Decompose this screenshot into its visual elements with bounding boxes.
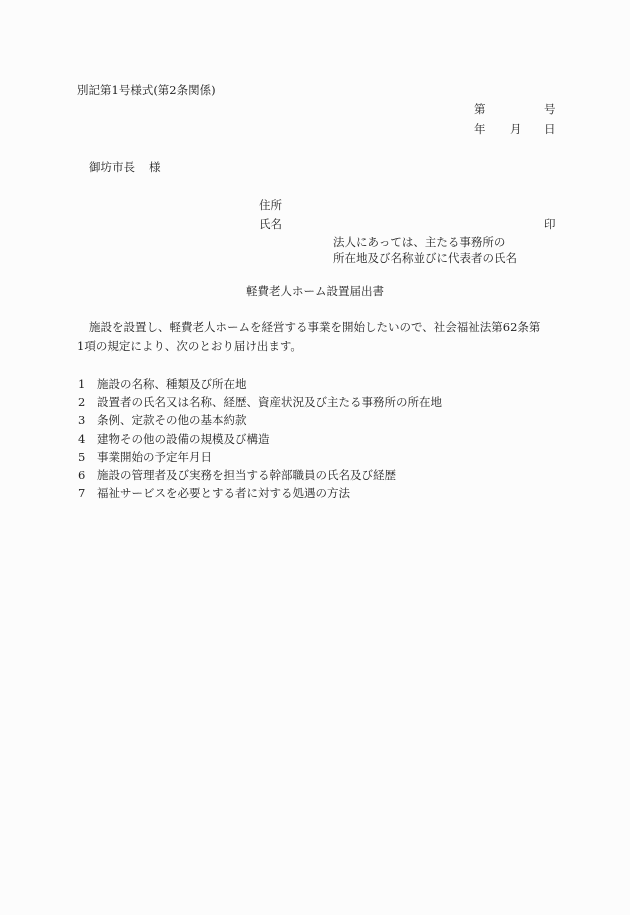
addressee-honorific: 様 [149,160,161,174]
list-item-number: 3 [78,415,88,427]
addressee-name: 御坊市長 [89,160,135,174]
number-prefix: 第 [474,104,486,116]
form-label: 別記第1号様式(第2条関係) [77,85,216,97]
corporate-note-line1: 法人にあっては、主たる事務所の [333,237,505,249]
list-item-number: 4 [78,434,88,446]
body-text-line1: 施設を設置し、軽費老人ホームを経営する事業を開始したいので、社会福祉法第62条第 [89,322,540,334]
date-year: 年 [474,124,486,136]
list-item-text: 施設の名称、種類及び所在地 [97,379,247,391]
addressee: 御坊市長様 [89,162,161,174]
corporate-note-line2: 所在地及び名称並びに代表者の氏名 [333,253,517,265]
date-month: 月 [510,124,522,136]
date-day: 日 [544,124,556,136]
list-item-text: 条例、定款その他の基本約款 [97,415,247,427]
list-item-text: 設置者の氏名又は名称、経歴、資産状況及び主たる事務所の所在地 [97,397,442,409]
number-suffix: 号 [544,104,556,116]
name-label: 氏名 [259,219,282,231]
list-item-text: 施設の管理者及び実務を担当する幹部職員の氏名及び経歴 [97,470,396,482]
list-item-number: 5 [78,452,88,464]
document-title: 軽費老人ホーム設置届出書 [246,286,384,298]
list-item-text: 福祉サービスを必要とする者に対する処遇の方法 [97,488,350,500]
address-label: 住所 [259,200,282,212]
list-item-number: 7 [78,488,88,500]
list-item-number: 6 [78,470,88,482]
list-item-text: 建物その他の設備の規模及び構造 [97,434,270,446]
list-item-number: 2 [78,397,88,409]
seal-mark: 印 [544,219,556,231]
body-text-line2: 1項の規定により、次のとおり届け出ます。 [77,341,302,353]
list-item-text: 事業開始の予定年月日 [97,452,212,464]
list-item-number: 1 [78,379,88,391]
